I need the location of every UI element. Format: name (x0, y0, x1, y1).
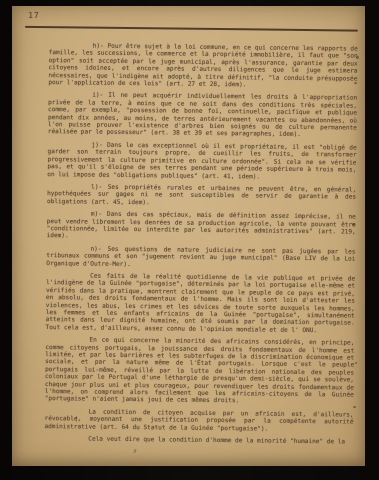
paragraph-closing-line: Cela veut dire que la condition d'homme … (44, 435, 353, 446)
paragraph-h: h)- Pour être sujet à la loi commune, en… (48, 42, 357, 90)
paragraph-j: j)- Dans le cas exceptionnel où il est p… (47, 141, 356, 182)
ink-speck (353, 406, 356, 408)
paragraph-minority-citizens: En ce qui concerne la minorité des afric… (45, 336, 355, 406)
paragraph-m: m)- Dans des cas spéciaux, mais de défin… (47, 210, 356, 243)
ink-speck (356, 56, 359, 59)
document-page: 17 h)- Pour être sujet à la loi commune,… (12, 6, 365, 466)
paragraph-citizen-condition: La condition de citoyen acquise par un a… (44, 408, 353, 434)
paragraph-l: l)- Ses propriétés rurales et urbaines n… (47, 183, 356, 209)
paragraph-i: i)- Il ne peut acquérir individuellement… (48, 92, 357, 140)
ink-speck (355, 362, 357, 364)
paragraph-n: n)- Ses questions de nature judiciaire n… (46, 245, 355, 271)
typed-content: 17 h)- Pour être sujet à la loi commune,… (7, 6, 365, 470)
ink-speck (76, 416, 77, 422)
ink-speck (354, 82, 357, 84)
document-body: h)- Pour être sujet à la loi commune, en… (44, 42, 358, 451)
scanned-document: 17 h)- Pour être sujet à la loi commune,… (0, 0, 379, 480)
page-number: 17 (28, 11, 40, 20)
header-rule (25, 26, 358, 32)
ink-speck (352, 223, 355, 226)
paragraph-daily-reality: Ces faits de la réalité quotidienne de l… (46, 272, 356, 335)
